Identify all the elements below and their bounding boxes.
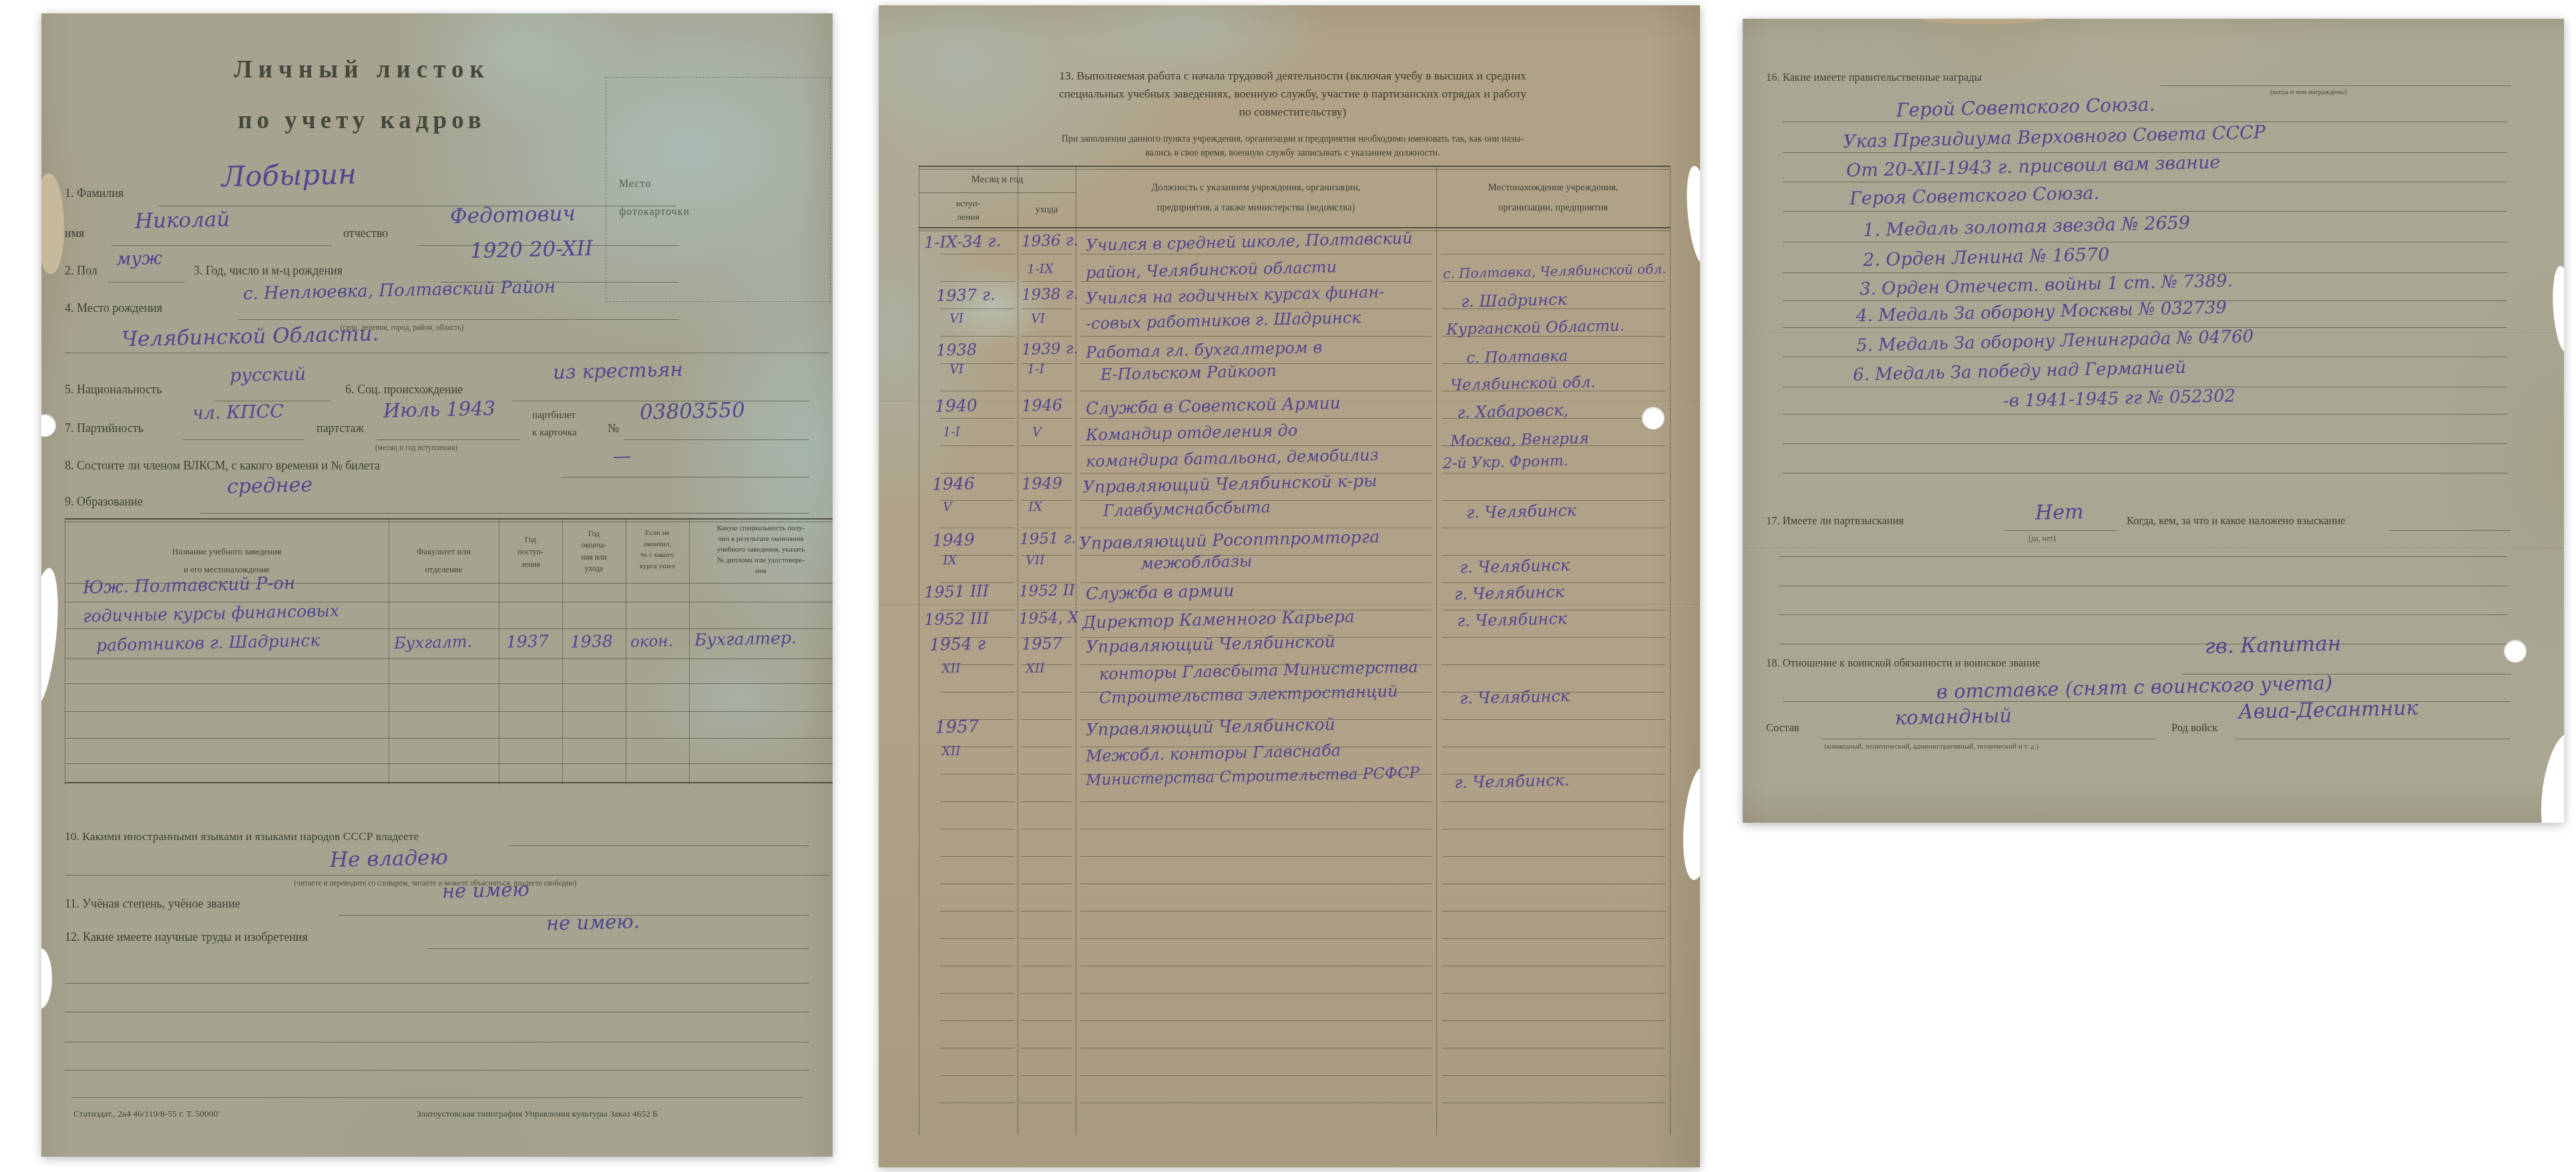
edu-row1-school: Юж. Полтавский Р-он (83, 573, 296, 598)
ruled-line (2004, 530, 2117, 531)
ruled-line (183, 439, 304, 440)
ruled-line (624, 439, 809, 440)
work-entry-in-month: VI (949, 362, 964, 377)
sostav-value: командный (1895, 704, 2012, 729)
sex-value: муж (116, 248, 162, 270)
work-entry-out-month: 1-IX (1027, 262, 1054, 277)
imprint-left: Статиздат., 2а4 46/119/8-55 г. Т. 50000' (73, 1109, 220, 1120)
award-line: 1. Медаль золотая звезда № 2659 (1863, 212, 2191, 240)
ruled-line (1821, 739, 2155, 739)
work-entry-in: 1951 III (924, 582, 990, 602)
award-line: -в 1941-1945 гг № 052302 (2003, 386, 2236, 411)
ruled-line (1783, 122, 2507, 122)
work-entry-location: г. Челябинск (1457, 609, 1568, 630)
work-entry-out: 1946 (1022, 395, 1063, 415)
work-entry-in: 1949 (932, 530, 975, 550)
work-entry-in-month: XII (941, 744, 961, 759)
edu-header-year-out: Год оконча- ния или ухода (562, 529, 626, 575)
military-status-value: в отставке (снят с воинского учета) (1936, 671, 2333, 703)
work-entry-location: г. Челябинск (1460, 556, 1570, 577)
work-entry-location: Москва, Венгрия (1450, 430, 1589, 451)
work-header-month: Месяц и год (919, 174, 1076, 186)
languages-caption: (читаете и переводите со словарем, читае… (202, 879, 669, 888)
work-entry-out-month: VII (1026, 553, 1045, 568)
document-title-line1: Личный листок (202, 55, 522, 85)
sostav-caption: (командный, политический, административн… (1824, 743, 2038, 752)
work-table-border (1076, 166, 1076, 1135)
ruled-line (65, 763, 833, 764)
ruled-line (65, 658, 833, 659)
ruled-line (65, 1042, 809, 1042)
rod-voysk-value: Авиа-Десантник (2238, 697, 2418, 724)
work-entry-out-month: 1-I (1027, 362, 1045, 377)
ruled-line (65, 683, 833, 684)
ruled-line (377, 439, 520, 440)
party-seniority-label: партстаж (316, 421, 364, 436)
ruled-line (509, 845, 809, 846)
social-origin-label: 6. Соц. происхождение (345, 382, 463, 397)
ruled-line (1779, 556, 2507, 557)
edu-row3-year-out: 1938 (570, 631, 613, 651)
work-entry-location: 2-й Укр. Фронт. (1443, 453, 1568, 472)
party-penalty-label: 17. Имеете ли партвзыскания (1766, 514, 1904, 528)
work-entry-location: г. Челябинск (1460, 687, 1570, 708)
edu-header-speciality: Какую специальность полу- чил в результа… (689, 524, 833, 577)
sex-label: 2. Пол (65, 263, 97, 278)
birthplace-label: 4. Место рождения (65, 301, 162, 316)
birthplace-value: с. Неплюевка, Полтавский Район (243, 277, 556, 305)
ruled-line (919, 169, 1670, 170)
torn-edge (1679, 765, 1700, 881)
work-entry-location: г. Челябинск (1466, 501, 1577, 522)
languages-value: Не владею (330, 845, 449, 872)
edu-header-faculty: Факультет или отделение (389, 542, 499, 579)
page-1-personal-sheet: Личный листок по учету кадров Место фото… (41, 13, 833, 1157)
award-line: 5. Медаль За оборону Ленинграда № 04760 (1856, 327, 2254, 355)
military-rank-value: гв. Капитан (2205, 632, 2342, 659)
work-entry-in: 1-IX-34 г. (924, 232, 1002, 252)
komsomol-value: — (613, 446, 632, 467)
birthplace-value-2: Челябинской Области. (122, 322, 379, 352)
torn-edge (2535, 731, 2564, 823)
page-3-awards: 16. Какие имеете правительственные награ… (1743, 19, 2564, 823)
ruled-line (427, 948, 809, 949)
edu-row2-school: годичные курсы финансовых (83, 601, 340, 626)
ruled-line (112, 245, 332, 246)
edu-row3-speciality: Бухгалтер. (694, 628, 797, 649)
education-label: 9. Образование (65, 494, 143, 510)
work-entry-in: 1957 (935, 717, 980, 737)
ruled-line (919, 192, 1076, 193)
ruled-line (1779, 614, 2507, 615)
work-entry-out: 1939 г. (1022, 340, 1078, 359)
education-value: среднее (227, 473, 313, 499)
party-seniority-caption: (месяц и год вступления) (375, 443, 457, 453)
work-header-in: вступ- ления (919, 197, 1018, 223)
award-line: От 20-XII-1943 г. присвоил вам звание (1846, 152, 2221, 182)
party-penalty-caption: (да, нет) (2028, 534, 2056, 544)
work-entry-location: Челябинской обл. (1450, 374, 1596, 395)
edu-row3-left-course: окон. (630, 632, 673, 650)
award-line: 4. Медаль За оборону Москвы № 032739 (1856, 298, 2227, 327)
work-entry-location: г. Шадринск (1461, 290, 1567, 311)
ruled-line (200, 513, 809, 514)
party-card-number-value: 03803550 (640, 398, 746, 425)
work-entry-out-month: XII (1026, 661, 1045, 676)
work-entry-out-month: VI (1031, 311, 1046, 326)
ruled-line (1783, 357, 2507, 357)
sostav-label: Состав (1766, 721, 1799, 735)
work-table-border (1436, 166, 1437, 1135)
work-header-out: ухода (1018, 204, 1076, 216)
ruled-line (71, 1097, 803, 1098)
imprint-right: Златоустовская типография Управления кул… (417, 1109, 658, 1120)
work-entry-in-month: V (943, 500, 952, 514)
award-line: Герой Советского Союза. (1896, 93, 2155, 122)
torn-paper-chip (1920, 19, 2047, 24)
torn-edge (2551, 265, 2564, 353)
social-origin-value: из крестьян (553, 358, 683, 383)
nationality-label: 5. Национальность (65, 382, 162, 397)
work-entry-out: 1936 г. (1022, 232, 1078, 250)
torn-edge (41, 566, 63, 709)
work-entry-location: г. Челябинск (1454, 582, 1565, 604)
work-table-border (1670, 166, 1671, 1135)
work-entry-in: 1938 (936, 340, 978, 359)
awards-caption: (когда и чем награждены) (2270, 88, 2347, 97)
edu-header-left-course: Если не окончил, то с какого курса ушел (626, 528, 689, 572)
ruled-line (108, 282, 185, 282)
party-card-number-sign: № (608, 421, 619, 436)
torn-edge (41, 948, 52, 1008)
party-seniority-value: Июль 1943 (383, 397, 496, 422)
ruled-line (1783, 414, 2507, 415)
surname-value: Лобырин (221, 158, 357, 194)
degree-label: 11. Учёная степень, учёное звание (65, 896, 240, 912)
ruled-line (65, 711, 833, 712)
award-line: 6. Медаль За победу над Германией (1853, 357, 2187, 385)
work-entry-out: 1949 (1022, 473, 1063, 493)
nationality-value: русский (230, 364, 306, 387)
ruled-line (65, 1070, 809, 1070)
ruled-line (561, 477, 809, 477)
work-history-note: При заполнении данного пункта учреждения… (972, 132, 1613, 160)
ruled-line (2389, 530, 2511, 531)
ruled-line (1779, 586, 2507, 586)
rod-voysk-label: Род войск (2171, 721, 2217, 735)
work-entry-out: 1951 г. (1020, 530, 1076, 548)
punch-hole (2504, 640, 2527, 662)
award-line: 2. Орден Ленина № 16570 (1863, 244, 2110, 270)
work-header-position: Должность с указанием учреждения, органи… (1076, 178, 1436, 218)
firstname-value: Николай (135, 207, 230, 233)
work-history-heading: 13. Выполняемая работа с начала трудовой… (952, 67, 1633, 121)
birthdate-label: 3. Год, число и м-ц рождения (194, 263, 343, 278)
ruled-line (238, 319, 679, 320)
work-entry-position: межоблбазы (1140, 552, 1253, 573)
torn-edge (1683, 165, 1700, 267)
ruled-line (65, 628, 833, 629)
work-entry-in: 1940 (935, 395, 978, 415)
party-penalty-value: Нет (2035, 500, 2084, 525)
work-entry-in-month: 1-I (943, 425, 961, 440)
work-entry-in-month: VI (949, 311, 964, 326)
komsomol-label: 8. Состоите ли членом ВЛКСМ, с какого вр… (65, 458, 380, 473)
edu-row3-year-in: 1937 (506, 631, 549, 651)
punch-hole (41, 414, 56, 437)
degree-value: не имею (442, 878, 530, 903)
military-label: 18. Отношение к воинской обязанности и в… (1766, 656, 2040, 670)
awards-label: 16. Какие имеете правительственные награ… (1766, 71, 1982, 85)
work-entry-in-month: XII (941, 661, 961, 676)
ruled-line (65, 353, 829, 353)
work-entry-out: 1938 г. (1022, 285, 1078, 304)
document-title-line2: по учету кадров (202, 106, 522, 136)
ruled-line (1783, 272, 2507, 273)
work-entry-out: 1957 (1022, 634, 1063, 653)
work-entry-out: 1952 II (1019, 582, 1076, 600)
fold-crease (1743, 548, 2564, 550)
work-entry-out: 1954, X (1019, 609, 1079, 628)
award-line: 3. Орден Отечест. войны 1 ст. № 7389. (1860, 271, 2233, 300)
ruled-line (1783, 211, 2507, 212)
torn-paper-chip (41, 174, 64, 274)
ruled-line (1779, 644, 2507, 644)
work-entry-out-month: IX (1028, 500, 1043, 514)
patronymic-value: Федотович (450, 202, 576, 228)
work-entry-position: Е-Польском Райкооп (1100, 361, 1277, 384)
party-value: чл. КПСС (192, 401, 284, 423)
ruled-line (1783, 301, 2507, 301)
ruled-line (1783, 443, 2507, 444)
languages-label: 10. Какими иностранными языками и языкам… (65, 829, 419, 844)
work-entry-location: г. Хабаровск, (1457, 401, 1569, 422)
work-header-location: Местонахождение учреждения, организации,… (1436, 178, 1670, 218)
work-entry-in: 1946 (932, 473, 975, 494)
work-entry-location: г. Челябинск. (1454, 771, 1570, 792)
work-table-border (919, 166, 919, 1135)
edu-header-school: Название учебного заведения и его местон… (65, 542, 389, 579)
ruled-line (1783, 182, 2507, 182)
ruled-line (1783, 242, 2507, 242)
edu-row3-school: работников г. Шадринск (96, 630, 320, 655)
ruled-line (65, 983, 809, 984)
edu-row3-faculty: Бухгалт. (394, 632, 473, 653)
patronymic-label: отчество (343, 226, 388, 241)
works-label: 12. Какие имеете научные труды и изобрет… (65, 930, 308, 945)
ruled-line (2235, 739, 2511, 739)
work-entry-in: 1937 г. (936, 285, 996, 305)
ruled-line (65, 738, 833, 739)
ruled-line (1783, 387, 2507, 387)
ruled-line (2160, 85, 2511, 86)
edu-table-bottom-rule (65, 782, 833, 783)
work-entry-in-month: IX (943, 553, 957, 568)
ruled-line (65, 875, 829, 875)
work-entry-out-month: V (1032, 425, 1042, 439)
party-penalty-label2: Когда, кем, за что и какое наложено взыс… (2127, 514, 2346, 528)
work-entry-in: 1952 III (924, 609, 990, 629)
work-table-top-rule (919, 166, 1670, 167)
punch-hole (1642, 407, 1665, 429)
photo-placeholder-label: Место фотокарточки (619, 170, 690, 226)
award-line: Указ Президиума Верховного Совета СССР (1843, 122, 2266, 152)
work-table-border (1018, 166, 1018, 1135)
work-entry-location: с. Полтавка (1466, 347, 1568, 367)
ruled-line (1783, 327, 2507, 328)
award-line: Героя Советского Союза. (1850, 183, 2100, 209)
ruled-line (1783, 152, 2507, 153)
birthdate-value: 1920 20-XII (470, 236, 594, 263)
firstname-label: имя (65, 226, 84, 241)
surname-label: 1. Фамилия (65, 186, 124, 201)
work-entry-position: Главбумснабсбыта (1103, 498, 1271, 520)
works-value: не имею. (546, 910, 640, 934)
work-entry-in: 1954 г (929, 634, 986, 654)
edu-header-year-in: Год поступ- ления (499, 534, 562, 571)
work-entry-position: Служба в армии (1086, 580, 1235, 603)
ruled-line (65, 602, 833, 602)
party-label: 7. Партийность (65, 421, 144, 436)
ruled-line (65, 522, 833, 522)
ruled-line (158, 206, 676, 206)
edu-table-top-rule (65, 518, 833, 520)
ruled-line (1783, 473, 2507, 473)
scanned-document-sheet: { "page1": { "title_line1": "Личный лист… (0, 0, 2576, 1172)
page-2-work-history: 13. Выполняемая работа с начала трудовой… (879, 5, 1700, 1167)
ruled-line (65, 1012, 809, 1012)
party-card-label: партбилет к карточка (532, 407, 577, 441)
